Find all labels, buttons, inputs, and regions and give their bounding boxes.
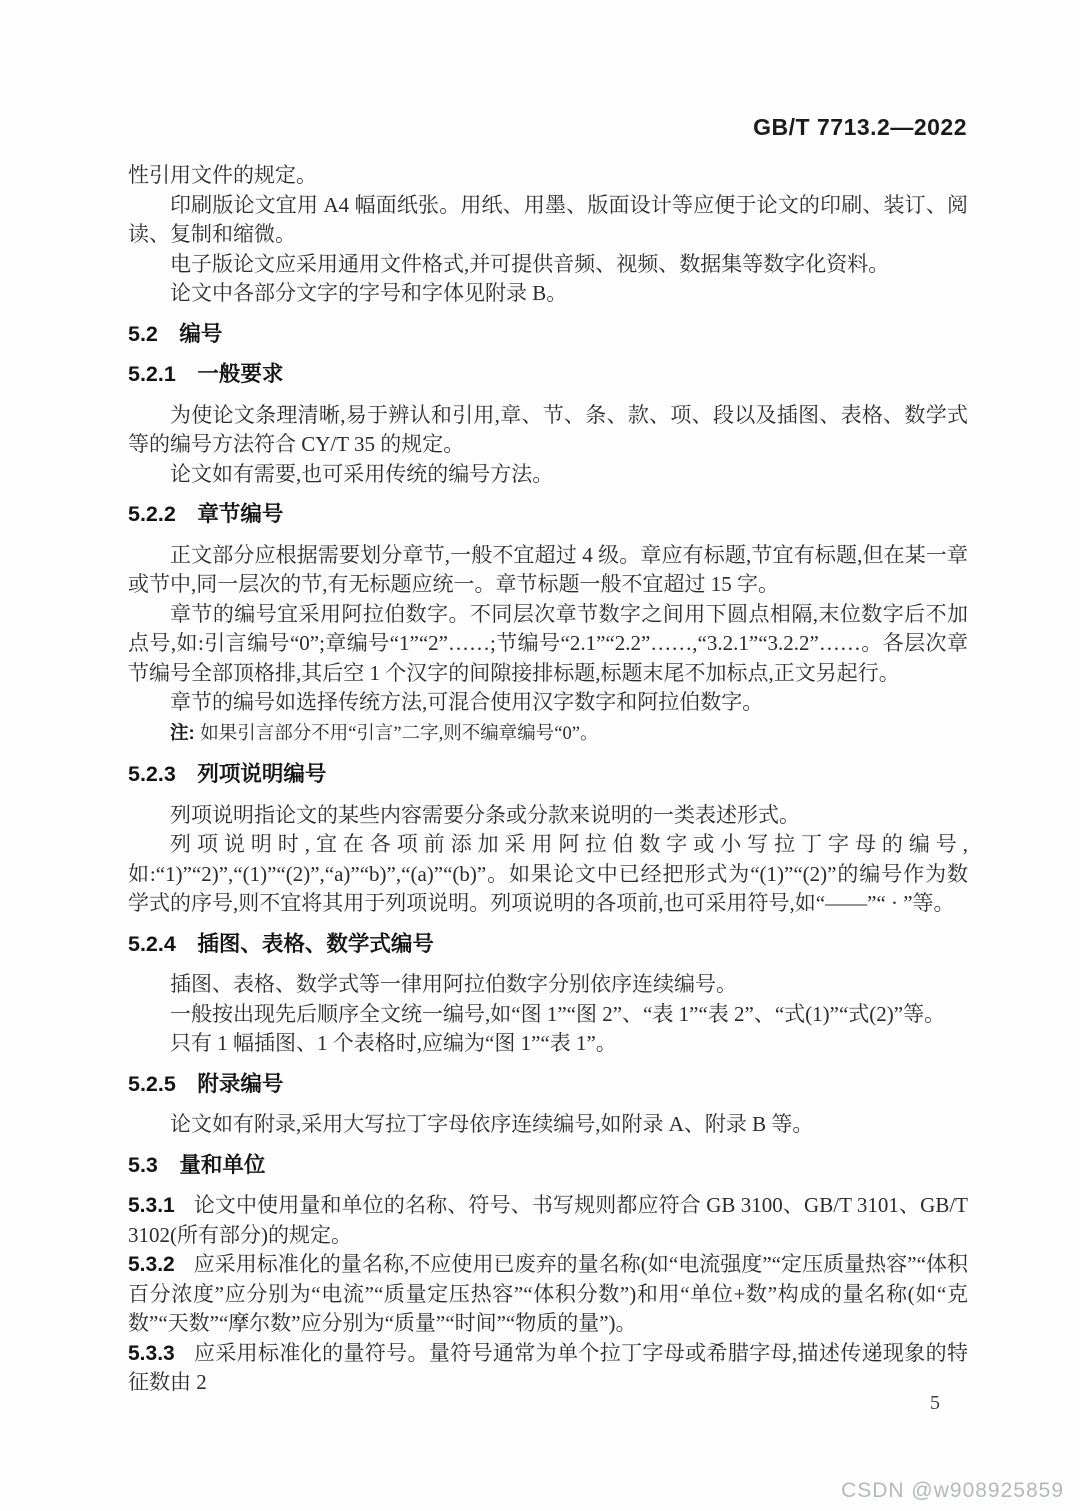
paragraph: 章节的编号宜采用阿拉伯数字。不同层次章节数字之间用下圆点相隔,末位数字后不加点号… xyxy=(128,600,968,689)
section-heading-5-2-4: 5.2.4插图、表格、数学式编号 xyxy=(128,930,968,960)
section-number: 5.2.2 xyxy=(128,502,176,526)
paragraph: 电子版论文应采用通用文件格式,并可提供音频、视频、数据集等数字化资料。 xyxy=(128,250,968,280)
section-title: 章节编号 xyxy=(197,502,283,526)
section-heading-5-3: 5.3量和单位 xyxy=(128,1151,968,1181)
section-number: 5.2.3 xyxy=(128,762,176,786)
clause-number: 5.3.1 xyxy=(128,1194,175,1217)
section-title: 一般要求 xyxy=(197,362,283,386)
clause-number: 5.3.2 xyxy=(128,1253,175,1276)
clause-5-3-3: 5.3.3应采用标准化的量符号。量符号通常为单个拉丁字母或希腊字母,描述传递现象… xyxy=(128,1339,968,1398)
paragraph: 论文中各部分文字的字号和字体见附录 B。 xyxy=(128,279,968,309)
clause-number: 5.3.3 xyxy=(128,1342,175,1365)
section-heading-5-2-3: 5.2.3列项说明编号 xyxy=(128,760,968,790)
section-title: 插图、表格、数学式编号 xyxy=(197,932,434,956)
standard-number-header: GB/T 7713.2—2022 xyxy=(753,114,967,141)
clause-5-3-2: 5.3.2应采用标准化的量名称,不应使用已废弃的量名称(如“电流强度”“定压质量… xyxy=(128,1250,968,1339)
paragraph: 为使论文条理清晰,易于辨认和引用,章、节、条、款、项、段以及插图、表格、数学式等… xyxy=(128,401,968,460)
paragraph: 插图、表格、数学式等一律用阿拉伯数字分别依序连续编号。 xyxy=(128,970,968,1000)
paragraph-continuation: 性引用文件的规定。 xyxy=(128,161,968,191)
document-page: GB/T 7713.2—2022 性引用文件的规定。 印刷版论文宜用 A4 幅面… xyxy=(0,0,1080,1511)
paragraph: 论文如有需要,也可采用传统的编号方法。 xyxy=(128,460,968,490)
page-body: 性引用文件的规定。 印刷版论文宜用 A4 幅面纸张。用纸、用墨、版面设计等应便于… xyxy=(128,161,968,1398)
section-title: 编号 xyxy=(179,322,222,346)
section-title: 列项说明编号 xyxy=(197,762,326,786)
section-number: 5.2 xyxy=(128,322,158,346)
csdn-watermark: CSDN @w908925859 xyxy=(841,1479,1064,1503)
paragraph: 正文部分应根据需要划分章节,一般不宜超过 4 级。章应有标题,节宜有标题,但在某… xyxy=(128,541,968,600)
paragraph: 论文如有附录,采用大写拉丁字母依序连续编号,如附录 A、附录 B 等。 xyxy=(128,1110,968,1140)
section-heading-5-2-5: 5.2.5附录编号 xyxy=(128,1070,968,1100)
paragraph: 只有 1 幅插图、1 个表格时,应编为“图 1”“表 1”。 xyxy=(128,1029,968,1059)
clause-text: 论文中使用量和单位的名称、符号、书写规则都应符合 GB 3100、GB/T 31… xyxy=(128,1193,968,1247)
paragraph: 列项说明时,宜在各项前添加采用阿拉伯数字或小写拉丁字母的编号,如:“1)”“2)… xyxy=(128,830,968,919)
section-number: 5.2.1 xyxy=(128,362,176,386)
paragraph: 印刷版论文宜用 A4 幅面纸张。用纸、用墨、版面设计等应便于论文的印刷、装订、阅… xyxy=(128,191,968,250)
clause-text: 应采用标准化的量名称,不应使用已废弃的量名称(如“电流强度”“定压质量热容”“体… xyxy=(128,1252,968,1335)
paragraph: 章节的编号如选择传统方法,可混合使用汉字数字和阿拉伯数字。 xyxy=(128,688,968,718)
note: 注:如果引言部分不用“引言”二字,则不编章编号“0”。 xyxy=(128,718,968,750)
section-number: 5.2.4 xyxy=(128,932,176,956)
note-text: 如果引言部分不用“引言”二字,则不编章编号“0”。 xyxy=(200,724,598,744)
section-heading-5-2: 5.2编号 xyxy=(128,320,968,350)
section-heading-5-2-2: 5.2.2章节编号 xyxy=(128,500,968,530)
note-label: 注: xyxy=(170,722,195,743)
section-heading-5-2-1: 5.2.1一般要求 xyxy=(128,360,968,390)
paragraph: 列项说明指论文的某些内容需要分条或分款来说明的一类表述形式。 xyxy=(128,801,968,831)
section-title: 量和单位 xyxy=(179,1153,265,1177)
paragraph: 一般按出现先后顺序全文统一编号,如“图 1”“图 2”、“表 1”“表 2”、“… xyxy=(128,1000,968,1030)
clause-text: 应采用标准化的量符号。量符号通常为单个拉丁字母或希腊字母,描述传递现象的特征数由… xyxy=(128,1341,968,1395)
clause-5-3-1: 5.3.1论文中使用量和单位的名称、符号、书写规则都应符合 GB 3100、GB… xyxy=(128,1191,968,1250)
page-number: 5 xyxy=(930,1392,940,1415)
section-title: 附录编号 xyxy=(197,1072,283,1096)
section-number: 5.3 xyxy=(128,1153,158,1177)
section-number: 5.2.5 xyxy=(128,1072,176,1096)
